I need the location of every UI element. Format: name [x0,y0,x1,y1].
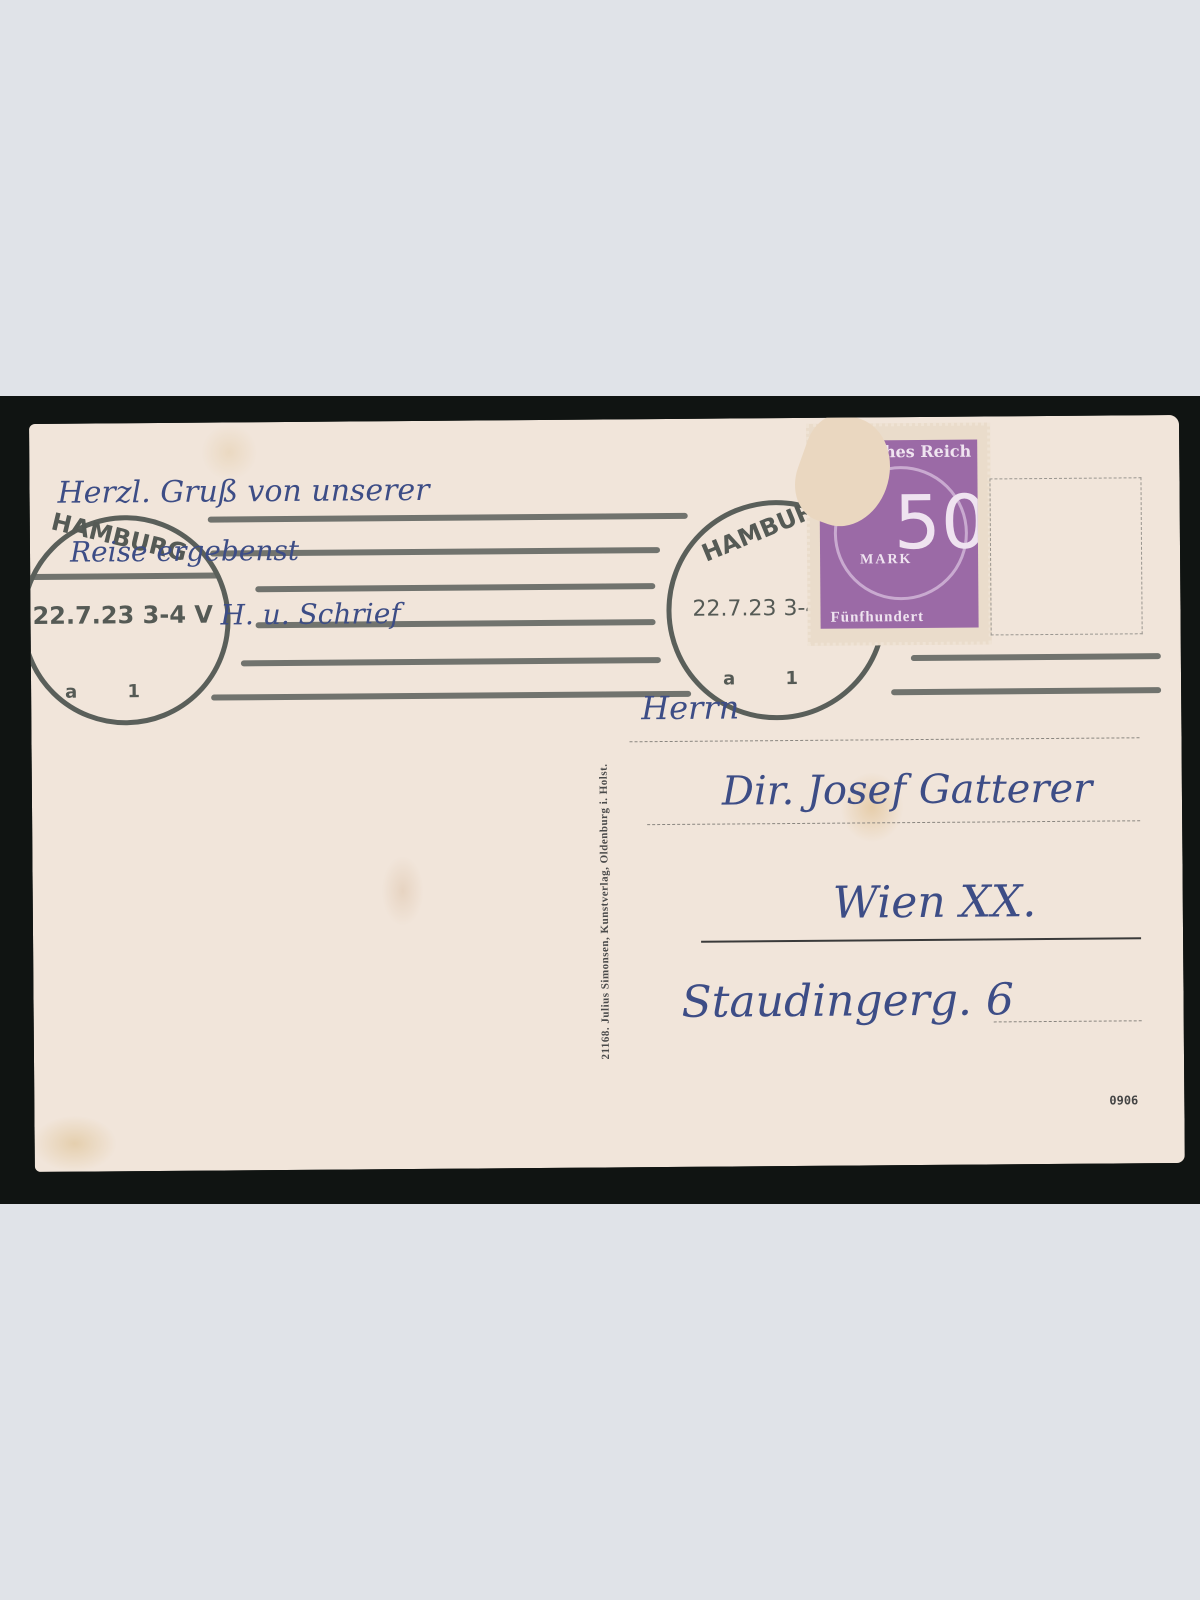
postmark-right-date: 22.7.23 3-4 [692,596,819,622]
address-line [647,820,1140,825]
postage-stamp: Deutsches Reich 50 MARK Fünfhundert [806,422,992,645]
address-line [701,937,1141,942]
stamp-placement-box [989,477,1142,635]
message-line-2: Reise ergebenst [70,534,299,569]
cancel-line [211,691,691,701]
cancel-line [208,513,688,523]
postmark-right-code: a 1 [723,668,820,690]
stamp-value-words: Fünfhundert [830,609,924,627]
address-street: Staudingerg. 6 [681,974,1014,1028]
address-name: Dir. Josef Gatterer [722,766,1093,815]
message-line-3: H. u. Schrief [220,597,400,631]
message-line-1: Herzl. Gruß von unserer [57,473,429,511]
cancel-line [241,657,661,666]
stamp-unit: MARK [860,552,912,568]
address-salutation: Herrn [641,688,739,727]
postmark-left-code: a 1 [65,681,162,703]
card-code: 0906 [1109,1093,1138,1107]
address-line [994,1020,1142,1022]
address-city: Wien XX. [833,876,1037,929]
postcard: HAMBURG 22.7.23 3-4 V a 1 HAMBURG 22.7.2… [29,415,1185,1172]
cancel-line [255,583,655,592]
postmark-left-date: 22.7.23 3-4 V [32,601,213,630]
address-line [630,737,1140,742]
publisher-imprint: 21168. Julius Simonsen, Kunstverlag, Old… [598,763,612,1059]
cancel-line [891,687,1161,695]
cancel-line [911,653,1161,661]
